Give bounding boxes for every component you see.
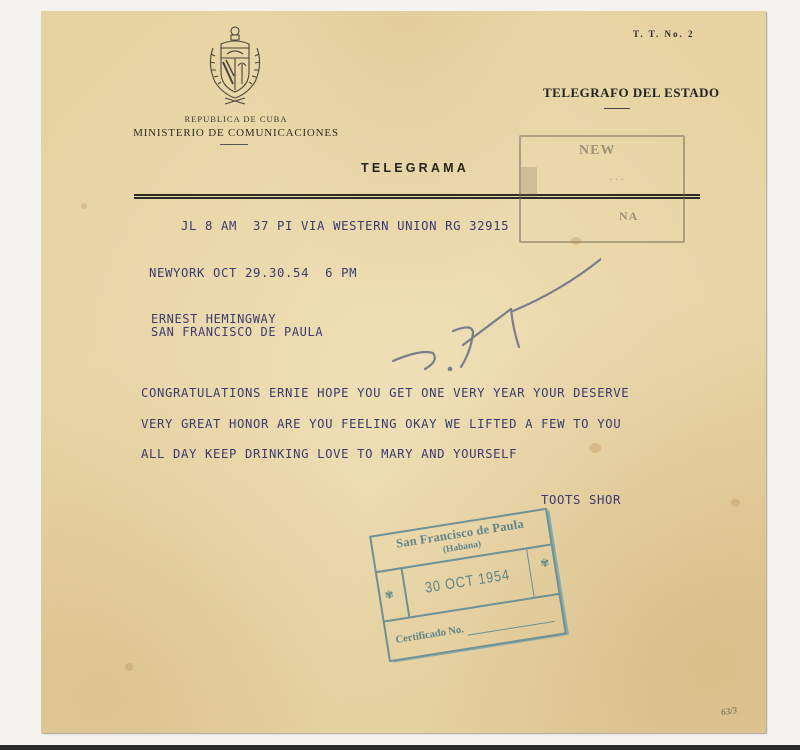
- received-stamp-bottom-text: NA: [619, 209, 638, 224]
- received-stamp-top-text: NEW: [579, 143, 615, 159]
- sender-signature: TOOTS SHOR: [541, 493, 621, 507]
- paper-stain: [125, 663, 133, 671]
- postmark-ornament-icon: ✾: [539, 556, 550, 570]
- postmark-stamp: San Francisco de Paula (Habana) ✾ 30 OCT…: [369, 508, 567, 663]
- postmark-ornament-icon: ✾: [384, 588, 395, 602]
- ministry-divider: [220, 144, 248, 145]
- origin-line: NEWYORK OCT 29.30.54 6 PM: [149, 266, 357, 280]
- received-stamp-middle-text: · · ·: [609, 175, 624, 186]
- message-line: CONGRATULATIONS ERNIE HOPE YOU GET ONE V…: [141, 386, 629, 400]
- paper-stain: [81, 203, 87, 209]
- received-stamp-bar: [521, 167, 537, 197]
- ministry-label: MINISTERIO DE COMUNICACIONES: [129, 127, 343, 139]
- service-title: TELEGRAFO DEL ESTADO: [543, 85, 720, 101]
- received-stamp: NEW · · · NA: [519, 135, 685, 243]
- paper-stain: [571, 237, 581, 245]
- recipient-address: SAN FRANCISCO DE PAULA: [151, 326, 323, 339]
- telegram-heading: TELEGRAMA: [361, 161, 469, 175]
- message-line: VERY GREAT HONOR ARE YOU FEELING OKAY WE…: [141, 417, 621, 431]
- paper-stain: [731, 499, 740, 507]
- republic-label: REPUBLICA DE CUBA: [146, 114, 326, 124]
- form-number: T. T. No. 2: [633, 29, 695, 39]
- service-divider: [604, 108, 630, 109]
- paper-stain: [589, 443, 601, 453]
- pencil-annotation-icon: 2.75: [381, 251, 601, 371]
- archive-number: 63/3: [720, 705, 737, 717]
- cuban-coat-of-arms-icon: [201, 24, 269, 108]
- scan-edge: [0, 745, 800, 750]
- message-line: ALL DAY KEEP DRINKING LOVE TO MARY AND Y…: [141, 447, 517, 461]
- telegram-paper: REPUBLICA DE CUBA MINISTERIO DE COMUNICA…: [41, 11, 766, 733]
- routing-line: JL 8 AM 37 PI VIA WESTERN UNION RG 32915: [181, 219, 509, 233]
